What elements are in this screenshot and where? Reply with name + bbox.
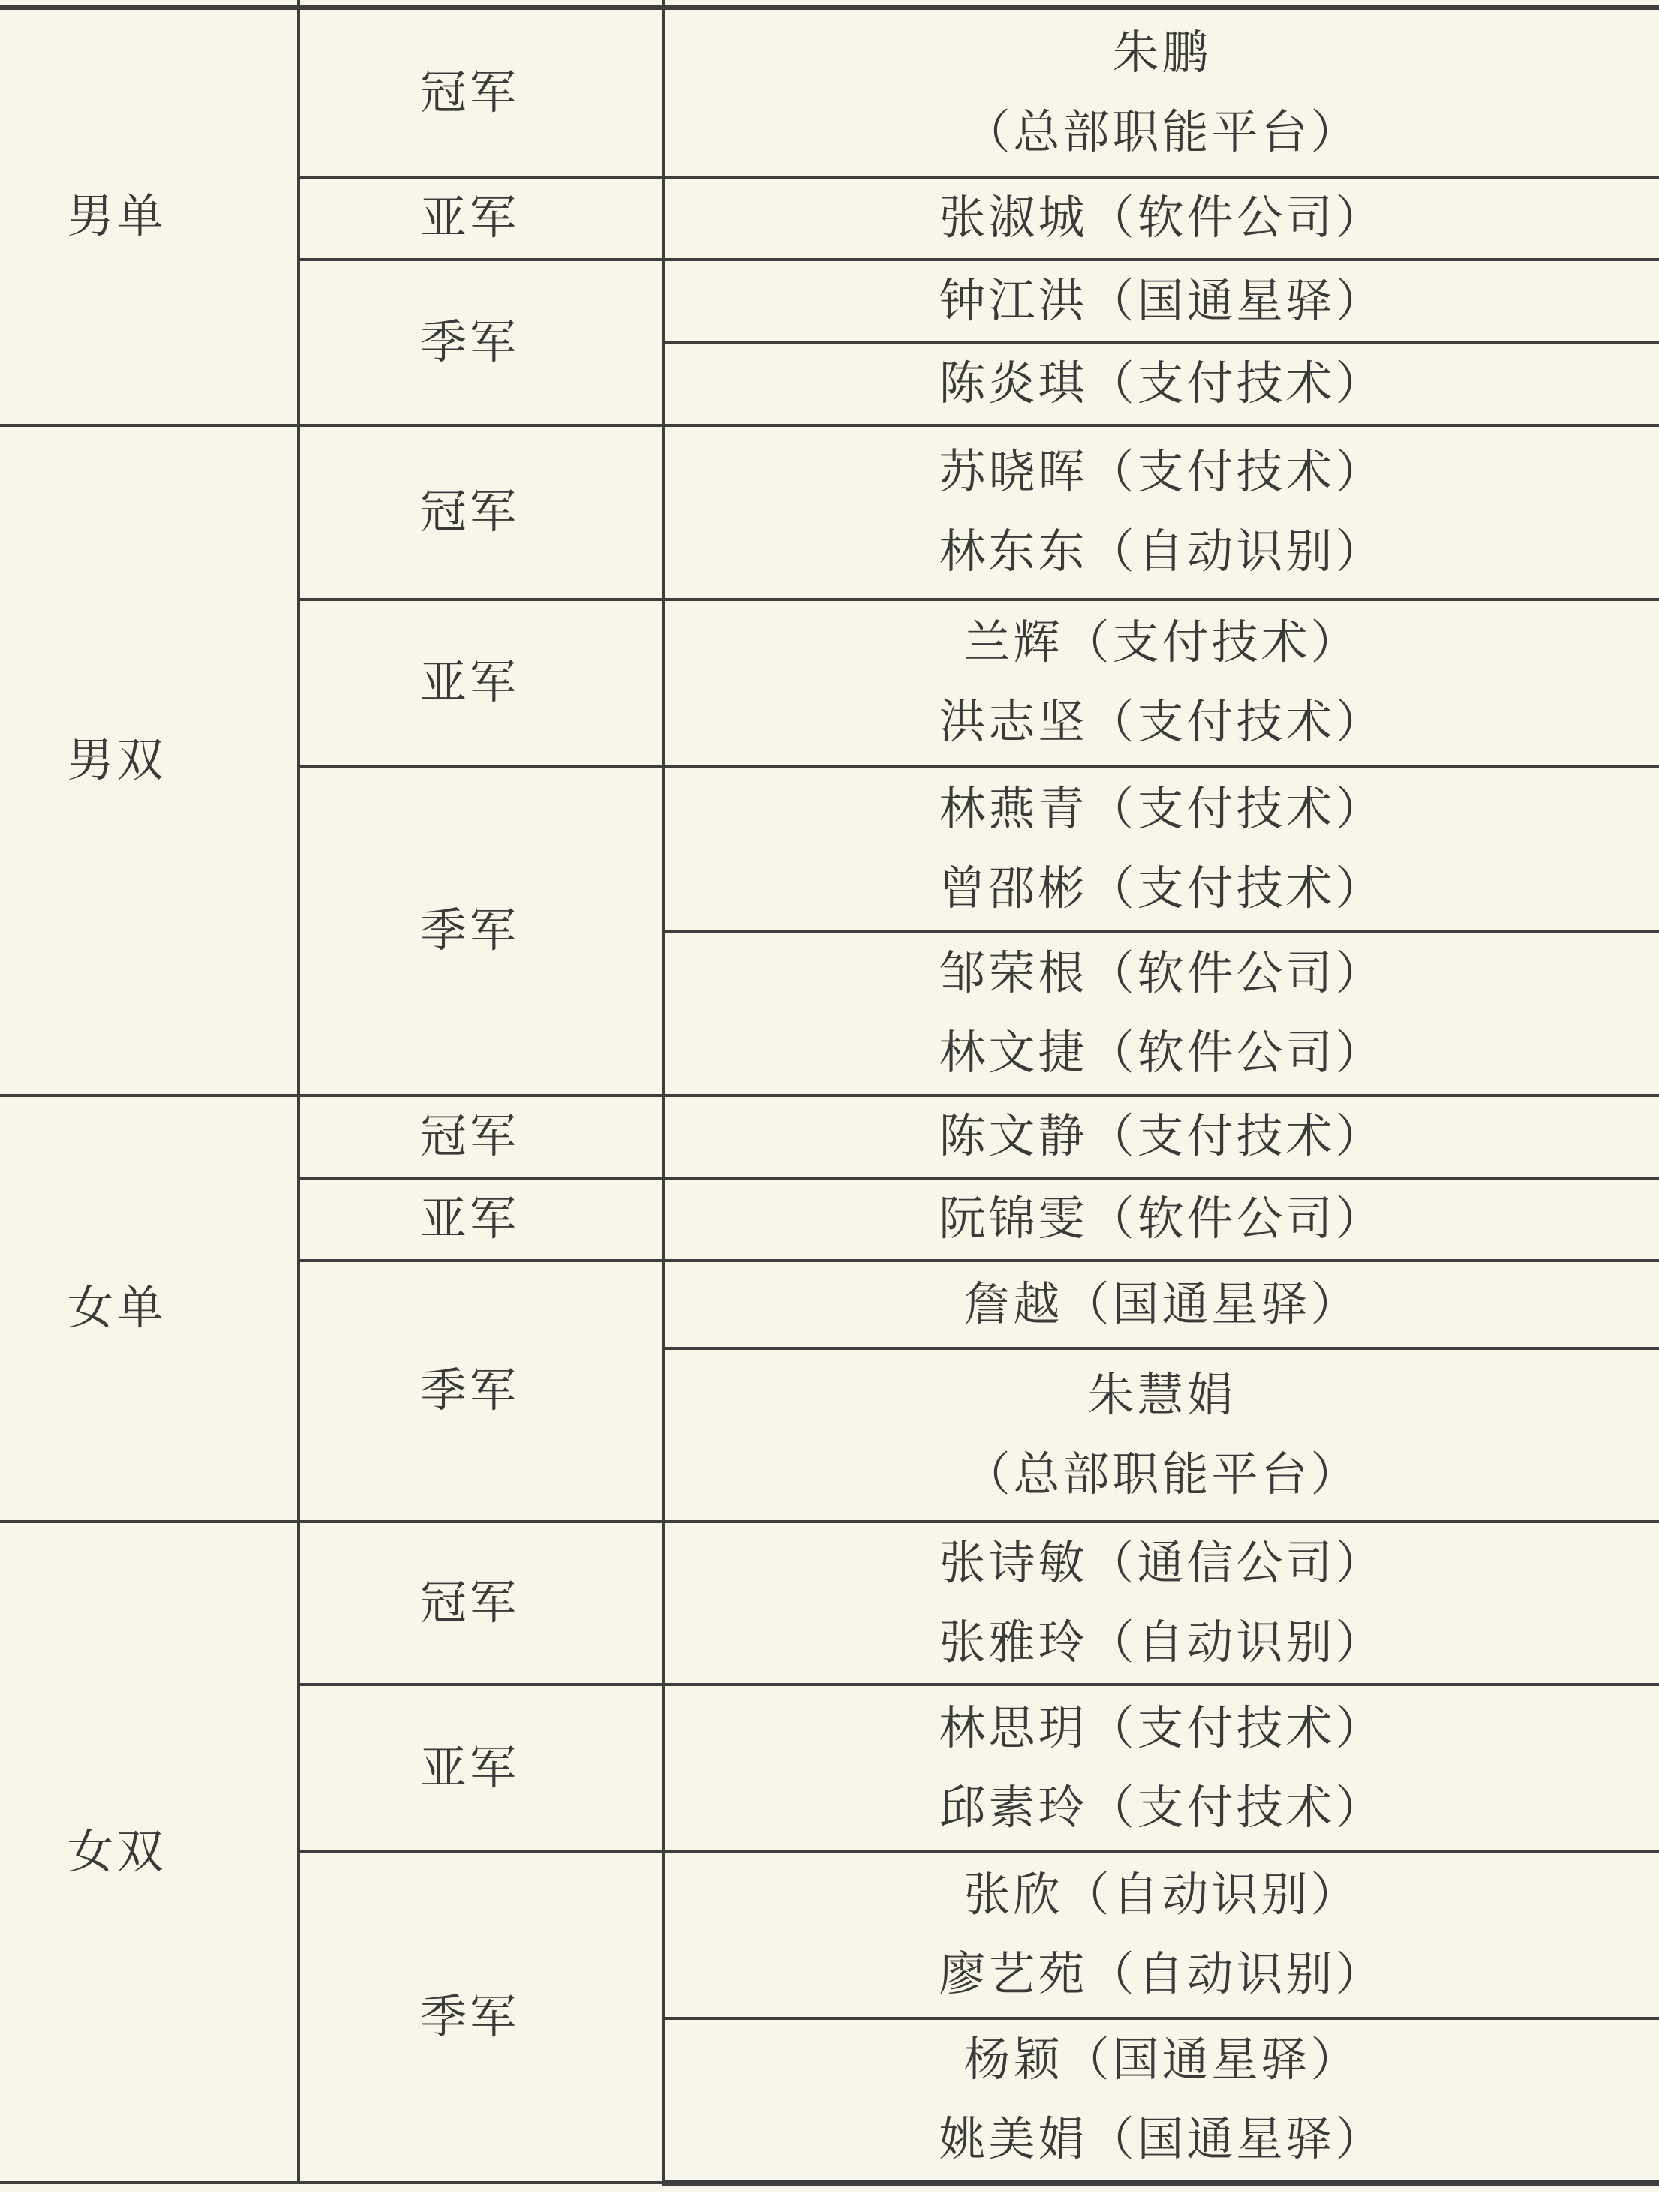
rank-cell-champion: 冠军 [299, 1095, 663, 1178]
winner-name: 林思玥（支付技术） [665, 1689, 1659, 1769]
rank-cell-champion: 冠军 [299, 8, 663, 177]
rank-label: 季军 [300, 1365, 639, 1417]
winner-name: 杨颖（国通星驿） [665, 2021, 1659, 2100]
rank-cell-champion: 冠军 [299, 425, 663, 600]
winner-name: 张淑城（软件公司） [665, 179, 1659, 258]
winner-name: 朱慧娟 [665, 1356, 1659, 1435]
winner-department: （总部职能平台） [665, 1435, 1659, 1515]
winner-name: 詹越（国通星驿） [665, 1265, 1659, 1345]
winner-name: 钟江洪（国通星驿） [665, 262, 1659, 341]
names-cell: 苏晓晖（支付技术） 林东东（自动识别） [663, 425, 1659, 600]
rank-cell-champion: 冠军 [299, 1522, 663, 1685]
winner-name: 林燕青（支付技术） [665, 770, 1659, 849]
winner-name: 阮锦雯（软件公司） [665, 1180, 1659, 1259]
partial-cell-category [0, 0, 299, 8]
row-womens-doubles-champion: 女双 冠军 张诗敏（通信公司） 张雅玲（自动识别） [0, 1522, 1659, 1685]
winner-name: 廖艺苑（自动识别） [665, 1935, 1659, 2015]
rank-cell-runnerup: 亚军 [299, 600, 663, 766]
names-cell: 杨颖（国通星驿） 姚美娟（国通星驿） [663, 2018, 1659, 2183]
winner-name: 张欣（自动识别） [665, 1856, 1659, 1935]
winner-name: 陈炎琪（支付技术） [665, 344, 1659, 424]
category-label: 女双 [0, 1826, 233, 1879]
names-cell: 林思玥（支付技术） 邱素玲（支付技术） [663, 1685, 1659, 1852]
winner-name: 陈文静（支付技术） [665, 1097, 1659, 1177]
names-cell: 阮锦雯（软件公司） [663, 1178, 1659, 1261]
names-cell: 詹越（国通星驿） [663, 1261, 1659, 1348]
names-cell: 兰辉（支付技术） 洪志坚（支付技术） [663, 600, 1659, 766]
names-cell: 钟江洪（国通星驿） [663, 260, 1659, 343]
winner-department: （总部职能平台） [665, 93, 1659, 173]
category-cell-mens-singles: 男单 [0, 8, 299, 425]
winner-name: 林文捷（软件公司） [665, 1014, 1659, 1093]
rank-label: 亚军 [300, 1742, 639, 1795]
rank-label: 季军 [300, 317, 639, 369]
winner-name: 张雅玲（自动识别） [665, 1603, 1659, 1683]
winner-name: 姚美娟（国通星驿） [665, 2100, 1659, 2180]
names-cell: 张欣（自动识别） 廖艺苑（自动识别） [663, 1852, 1659, 2018]
rank-label: 冠军 [300, 67, 639, 119]
rank-label: 季军 [300, 905, 639, 957]
winner-name: 朱鹏 [665, 14, 1659, 93]
names-cell: 陈炎琪（支付技术） [663, 343, 1659, 425]
partial-cell-names [663, 0, 1659, 8]
category-label: 女单 [0, 1282, 233, 1335]
names-cell: 林燕青（支付技术） 曾邵彬（支付技术） [663, 766, 1659, 932]
winner-name: 洪志坚（支付技术） [665, 683, 1659, 762]
category-cell-mens-doubles: 男双 [0, 425, 299, 1095]
names-cell: 张诗敏（通信公司） 张雅玲（自动识别） [663, 1522, 1659, 1685]
category-cell-womens-doubles: 女双 [0, 1522, 299, 2183]
category-label: 男单 [0, 191, 233, 243]
winner-name: 苏晓晖（支付技术） [665, 433, 1659, 512]
category-cell-womens-singles: 女单 [0, 1095, 299, 1522]
rank-label: 冠军 [300, 1577, 639, 1630]
rank-cell-runnerup: 亚军 [299, 1685, 663, 1852]
rank-cell-third: 季军 [299, 1852, 663, 2183]
rank-label: 亚军 [300, 192, 639, 245]
winner-name: 邱素玲（支付技术） [665, 1769, 1659, 1848]
rank-cell-third: 季军 [299, 260, 663, 425]
rank-cell-runnerup: 亚军 [299, 177, 663, 260]
rank-label: 冠军 [300, 1111, 639, 1163]
row-womens-singles-champion: 女单 冠军 陈文静（支付技术） [0, 1095, 1659, 1178]
partial-top-row [0, 0, 1659, 8]
names-cell: 朱慧娟 （总部职能平台） [663, 1348, 1659, 1522]
rank-cell-third: 季军 [299, 1261, 663, 1522]
winner-name: 邹荣根（软件公司） [665, 934, 1659, 1014]
results-table: 男单 冠军 朱鹏 （总部职能平台） 亚军 张淑城（软件公司） 季军 钟江洪（国通 [0, 0, 1659, 2186]
names-cell: 张淑城（软件公司） [663, 177, 1659, 260]
names-cell: 邹荣根（软件公司） 林文捷（软件公司） [663, 932, 1659, 1095]
rank-label: 亚军 [300, 657, 639, 709]
winner-name: 曾邵彬（支付技术） [665, 849, 1659, 929]
names-cell: 陈文静（支付技术） [663, 1095, 1659, 1178]
winner-name: 张诗敏（通信公司） [665, 1524, 1659, 1603]
partial-cell-rank [299, 0, 663, 8]
rank-cell-third: 季军 [299, 766, 663, 1095]
category-label: 男双 [0, 735, 233, 787]
rank-label: 亚军 [300, 1193, 639, 1246]
rank-label: 季军 [300, 1991, 639, 2044]
rank-cell-runnerup: 亚军 [299, 1178, 663, 1261]
rank-label: 冠军 [300, 486, 639, 539]
winner-name: 林东东（自动识别） [665, 512, 1659, 592]
row-mens-singles-champion: 男单 冠军 朱鹏 （总部职能平台） [0, 8, 1659, 177]
winner-name: 兰辉（支付技术） [665, 603, 1659, 683]
row-mens-doubles-champion: 男双 冠军 苏晓晖（支付技术） 林东东（自动识别） [0, 425, 1659, 600]
names-cell: 朱鹏 （总部职能平台） [663, 8, 1659, 177]
